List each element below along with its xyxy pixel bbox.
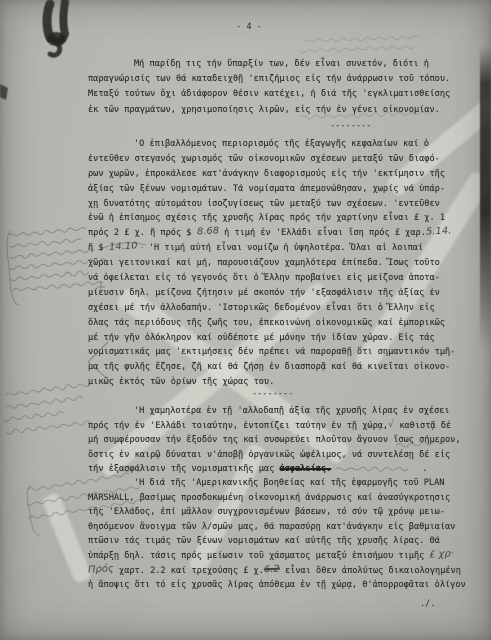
text-line: Πρός χαρτ. 2.2 καί τρεχούσης £ χ.6.2 εἶν…: [88, 564, 490, 579]
handwritten-segment: 5.14.: [426, 225, 452, 241]
typed-segment: εἶναι ὅθεν ἀπολύτως δικαιολογημένη: [280, 566, 461, 576]
typed-segment: πρός τήν ἐν 'Ελλάδι τοιαύτην, ἐντοπίζει …: [88, 421, 388, 431]
text-line: ἐνῶ ἡ ἐπίσημος σχέσις τῆς χρυσῆς λίρας π…: [88, 211, 490, 226]
text-line: ἐκ τῶν πραγμάτων, χρησιμοποίησις λιρῶν, …: [88, 103, 490, 118]
text-line: νομισματικάς μας 'εκτιμήσεις δέν πρέπει …: [88, 345, 490, 360]
typed-segment: πρός 2 £ χ. ἤ πρός $: [88, 228, 197, 238]
typed-segment: 'Η τιμή αὐτή εἶναι νομίζω ἡ ὑψηλοτέρα. Ὅ…: [144, 243, 423, 253]
typed-segment: ὑπάρξῃ δηλ. τάσις πρός μείωσιν τοῦ χάσμα…: [88, 551, 429, 561]
text-line: μα τῆς φυλῆς ἔζησε, ζῆ καί θά ζήσῃ ἐν δι…: [88, 360, 490, 375]
edge-mark: [0, 82, 12, 104]
end-of-page-mark: ./.: [420, 599, 436, 609]
text-line: μέ τήν γῆν ὁλόκληρον καί οὐδέποτε μέ μόν…: [88, 331, 490, 346]
handwritten-segment: 14.10 .: [108, 239, 144, 256]
text-line: MARSHALL, βασίμως προσδοκωμένη οἰκονομικ…: [88, 491, 490, 506]
text-line: ὅλας τάς περιόδους τῆς ζωῆς του, ἐπεκοιν…: [88, 316, 490, 331]
text-line: ἡ ἄποψις ὅτι τό εἰς χρυσᾶς λίρας ἀπόθεμα…: [88, 578, 490, 593]
typed-segment: ἤ $: [88, 243, 109, 253]
text-line: μή συμφέρουσαν τήν ἔξοδόν της καί συσωρε…: [88, 433, 490, 448]
text-line: ἀξίας τῶν ξένων νομισμάτων. Τά νομίσματα…: [88, 182, 490, 197]
page-number: - 4 -: [236, 22, 262, 32]
text-line: 'Η διά τῆς 'Αμερικανικῆς βοηθείας καί τῆ…: [88, 476, 490, 491]
text-line: 'Η χαμηλοτέρα ἐν τῇ 'αλλοδαπῇ ἀξία τῆς χ…: [88, 404, 490, 419]
text-line: μίευσιν δηλ. μείζονα ζήτησιν μέ σκοπόν τ…: [88, 286, 490, 301]
text-line: 'Ο ἐπιβαλλόμενος περιορισμός τῆς ἐξαγωγῆ…: [88, 137, 490, 152]
section-separator: --------: [252, 389, 293, 399]
text-line: τήν ἐξασφάλισιν τῆς νομισματικῆς μας ἀσφ…: [88, 462, 490, 477]
text-line: ὑπάρξῃ δηλ. τάσις πρός μείωσιν τοῦ χάσμα…: [88, 549, 490, 564]
text-line: πρός 2 £ χ. ἤ πρός $ 8.68 ἡ τιμή ἐν 'Ελλ…: [88, 226, 490, 241]
typed-segment: ἡ τιμή ἐν 'Ελλάδι εἶναι ἴση πρός £ χαρ.: [219, 228, 426, 238]
pencil-scribble-inline: [331, 464, 417, 474]
text-line: Μεταξύ τούτων ὄχι ἀδιάφορον θέσιν κατέχε…: [88, 87, 490, 102]
typed-segment: τήν ἐξασφάλισιν τῆς νομισματικῆς μας: [88, 464, 279, 474]
text-line: παραγνώρισίς των θά καταδειχθῇ 'επιζήμιο…: [88, 72, 490, 87]
text-line: θησόμενον ἄνοιγμα τῶν λ/σμῶν μας, θά παρ…: [88, 520, 490, 535]
handwritten-segment: 8.68: [196, 225, 219, 241]
text-line: Μή παρίδῃ τις τήν ὕπαρξίν των, δέν εἶναι…: [88, 57, 490, 72]
text-line: ὅστις ἐν καιρῷ δύναται ν'ἀποβῇ ὀργανικῶς…: [88, 448, 490, 463]
typed-segment: χαρτ. 2.2 καί τρεχούσης £ χ.: [114, 566, 264, 576]
crossout-stroke: [41, 492, 92, 584]
text-line: νά ὀφείλεται εἰς τό γεγονός ὅτι ὁ Ἕλλην …: [88, 271, 490, 286]
section-separator: --------: [330, 121, 371, 131]
handwritten-segment: 6.2: [264, 562, 281, 577]
text-line: ἐντεῦθεν στεγανός χωρισμός τῶν οἰκονομικ…: [88, 152, 490, 167]
ink-blot: [22, 0, 94, 70]
text-line: πρός τήν ἐν 'Ελλάδι τοιαύτην, ἐντοπίζει …: [88, 419, 490, 434]
handwritten-segment: √: [388, 417, 395, 432]
scanned-document-page: - 4 - -------- -------- Μή παρίδῃ τις τή…: [0, 0, 491, 640]
paragraph: Μή παρίδῃ τις τήν ὕπαρξίν των, δέν εἶναι…: [88, 57, 490, 118]
paragraph: 'Ο ἐπιβαλλόμενος περιορισμός τῆς ἐξαγωγῆ…: [88, 137, 490, 390]
text-line: χῶραι γειτονικαί καί μή, παρουσιάζουν χα…: [88, 256, 490, 271]
handwritten-segment: Πρός: [88, 562, 115, 578]
text-line: τῆς 'Ελλάδος, ἐπί μᾶλλον συγχρονισμένων …: [88, 505, 490, 520]
handwritten-segment: ἀσφαλείας.: [279, 464, 331, 474]
text-line: ἤ $ 14.10 . 'Η τιμή αὐτή εἶναι νομίζω ἡ …: [88, 241, 490, 256]
text-line: σχέσει μέ τήν ἀλλοδαπήν. 'Ιστορικῶς δεδο…: [88, 301, 490, 316]
typed-segment: .: [417, 464, 427, 474]
paragraph: 'Η χαμηλοτέρα ἐν τῇ 'αλλοδαπῇ ἀξία τῆς χ…: [88, 404, 490, 477]
handwritten-segment: £ χρ·: [429, 547, 455, 563]
text-line: χῃ δυνατότης αὐτομάτου ἰσοζυγίσεως τῶν μ…: [88, 197, 490, 212]
typed-segment: καθιστᾷ δέ: [394, 421, 451, 431]
text-line: πτῶσιν τάς τιμάς τῶν ξένων νομισμάτων κα…: [88, 534, 490, 549]
text-line: ρων χωρῶν, ἐπροκάλεσε κατ'ἀνάγκην διαφορ…: [88, 167, 490, 182]
paragraph: 'Η διά τῆς 'Αμερικανικῆς βοηθείας καί τῆ…: [88, 476, 490, 593]
text-line: μικῶς ἐκτός τῶν ὁρίων τῆς χώρας του.: [88, 375, 490, 390]
